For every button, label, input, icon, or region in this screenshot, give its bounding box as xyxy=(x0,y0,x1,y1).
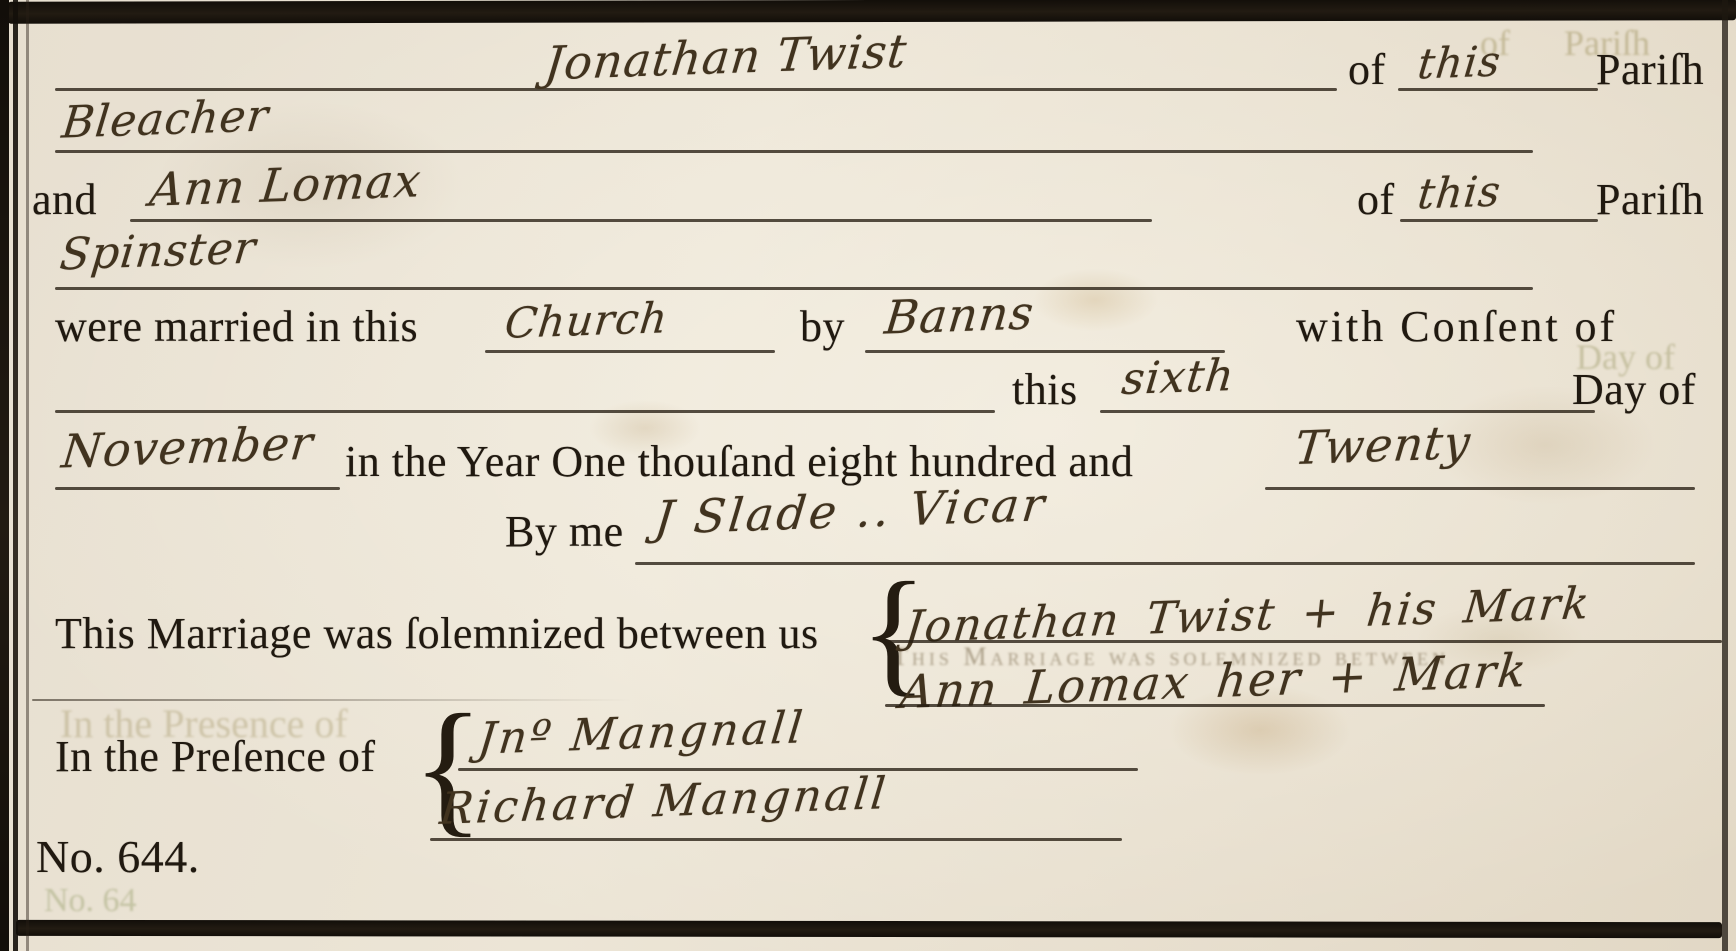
ruled-line xyxy=(130,219,1152,222)
top-border-bar xyxy=(8,0,1736,24)
day-entry: sixth xyxy=(1120,354,1237,402)
right-border-hairline xyxy=(1722,0,1728,951)
bride-parish-entry: this xyxy=(1416,170,1503,215)
officiant-signature: J Slade .. Vicar xyxy=(653,481,1050,541)
witness-signature-1: Jnº Mangnall xyxy=(476,706,808,762)
ruled-line xyxy=(888,640,1722,643)
parish-label-1: Pariſh xyxy=(1596,46,1704,94)
month-entry: November xyxy=(60,420,316,475)
year-entry: Twenty xyxy=(1293,419,1473,471)
bleedthrough-text: No. 64 xyxy=(44,882,137,920)
ruled-line xyxy=(430,838,1122,841)
consent-label: with Conſent of xyxy=(1296,303,1617,351)
parish-label-2: Pariſh xyxy=(1596,176,1704,224)
ruled-line xyxy=(485,350,775,353)
bride-name-entry: Ann Lomax xyxy=(148,157,424,213)
entry-number: No. 644. xyxy=(36,832,200,883)
ruled-line xyxy=(55,410,995,413)
presence-label: In the Preſence of xyxy=(55,733,376,781)
ruled-line xyxy=(885,704,1545,707)
ruled-line xyxy=(55,150,1533,153)
married-in-entry: Church xyxy=(503,297,670,345)
ruled-line xyxy=(1100,410,1595,413)
and-label: and xyxy=(32,176,97,224)
of-label-2: of xyxy=(1357,176,1395,224)
this-label: this xyxy=(1012,366,1078,414)
solemnized-label: This Marriage was ſolemnized between us xyxy=(55,610,819,658)
of-label-1: of xyxy=(1348,46,1386,94)
groom-parish-entry: this xyxy=(1416,40,1503,85)
ruled-line xyxy=(1400,219,1598,222)
day-of-label: Day of xyxy=(1572,366,1696,414)
were-married-label: were married in this xyxy=(55,303,418,351)
marriage-register-entry: of Pariſh Day of This Marriage was solem… xyxy=(0,0,1736,951)
ruled-line xyxy=(1398,88,1598,91)
married-by-entry: Banns xyxy=(883,289,1037,340)
by-label: by xyxy=(800,303,845,351)
groom-name-entry: Jonathan Twist xyxy=(543,28,910,87)
by-me-label: By me xyxy=(505,508,624,556)
ruled-line xyxy=(635,562,1695,565)
ruled-line xyxy=(55,487,340,490)
bottom-border-bar xyxy=(16,920,1722,938)
ruled-line xyxy=(32,699,632,701)
left-border-hairline xyxy=(26,0,29,951)
groom-occupation-entry: Bleacher xyxy=(60,94,271,145)
left-border-inner xyxy=(13,0,18,951)
left-border-outer xyxy=(0,0,9,951)
ruled-line xyxy=(55,287,1533,290)
bride-condition-entry: Spinster xyxy=(58,226,259,277)
ruled-line xyxy=(1265,487,1695,490)
